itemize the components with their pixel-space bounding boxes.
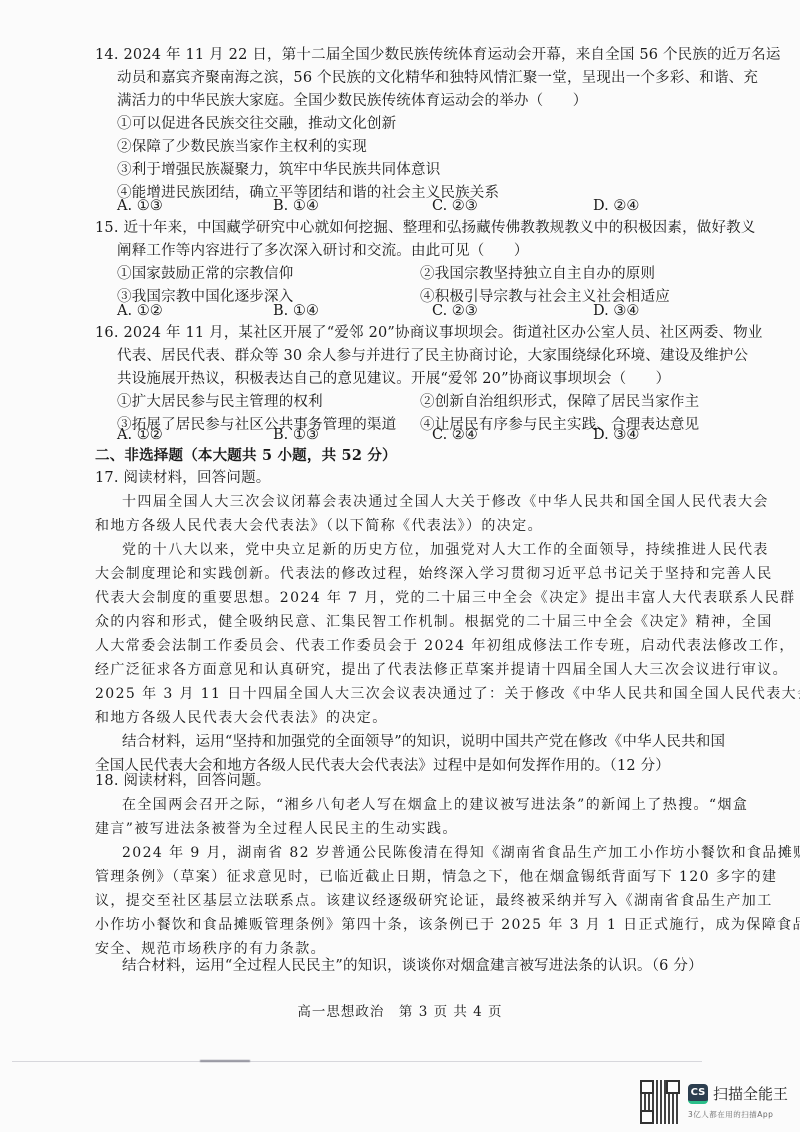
choice-d: D. ③④ [593,424,639,446]
material-paragraph: 大会制度理论和实践创新。代表法的修改过程，始终深入学习贯彻习近平总书记关于坚持和… [95,563,773,585]
material-paragraph: 人大常委会法制工作委员会、代表工作委员会于 2024 年初组成修法工作专班，启动… [95,635,795,657]
material-paragraph: 2024 年 9 月，湖南省 82 岁普通公民陈俊清在得知《湖南省食品生产加工小… [122,842,800,864]
statement-item: ①扩大居民参与民主管理的权利 [117,391,323,413]
choice-b: B. ①③ [273,424,319,446]
choice-c: C. ②③ [432,195,478,217]
question-stem-line: 代表、居民代表、群众等 30 余人参与并进行了民主协商讨论，大家围绕绿化环境、建… [117,345,748,367]
question-stem-line: 15. 近十年来，中国藏学研究中心就如何挖掘、整理和弘扬藏传佛教教规教义中的积极… [95,217,756,239]
question-stem-line: 16. 2024 年 11 月，某社区开展了“爱邻 20”协商议事坝坝会。街道社… [95,322,763,344]
question-stem-line: 动员和嘉宾齐聚南海之滨，56 个民族的文化精华和独特风情汇聚一堂，呈现出一个多彩… [117,67,758,89]
brand-slogan: 3亿人都在用的扫描App [688,1109,773,1120]
material-paragraph: 议，提交至社区基层立法联系点。该建议经逐级研究论证，最终被采纳并写入《湖南省食品… [95,890,773,912]
material-paragraph: 代表大会制度的重要思想。2024 年 7 月，党的二十届三中全会《决定》提出丰富… [95,587,795,609]
material-paragraph: 小作坊小餐饮和食品摊贩管理条例》第四十条，该条例已于 2025 年 3 月 1 … [95,914,800,936]
choice-a: A. ①② [117,424,163,446]
statement-item: ①国家鼓励正常的宗教信仰 [117,263,293,285]
material-paragraph: 在全国两会召开之际，“湘乡八旬老人写在烟盒上的建议被写进法条”的新闻上了热搜。“… [122,794,748,816]
question-stem-line: 14. 2024 年 11 月 22 日，第十二届全国少数民族传统体育运动会开幕… [95,44,781,66]
question-heading: 18. 阅读材料，回答问题。 [95,770,270,792]
camscanner-logo-icon: CS [688,1084,708,1104]
question-stem-line: 共设施展开热议，积极表达自己的意见建议。开展“爱邻 20”协商议事坝坝会（ ） [117,368,670,390]
material-paragraph: 十四届全国人大三次会议闭幕会表决通过全国人大关于修改《中华人民共和国全国人民代表… [122,491,769,513]
brand-name: 扫描全能王 [713,1083,788,1104]
material-paragraph: 和地方各级人民代表大会代表法》（以下简称《代表法》）的决定。 [95,515,543,537]
material-paragraph: 2025 年 3 月 11 日十四届全国人大三次会议表决通过了：关于修改《中华人… [95,683,800,705]
question-stem-line: 满活力的中华民族大家庭。全国少数民族传统体育运动会的举办（ ） [117,90,587,112]
choice-a: A. ①③ [117,195,163,217]
material-paragraph: 和地方各级人民代表大会代表法》的决定。 [95,707,388,729]
material-paragraph: 党的十八大以来，党中央立足新的历史方位，加强党对人大工作的全面领导，持续推进人民… [122,539,769,561]
scan-edge-shadow [200,1060,250,1062]
section-title: 二、非选择题（本大题共 5 小题，共 52 分） [95,445,397,467]
exam-page: 14. 2024 年 11 月 22 日，第十二届全国少数民族传统体育运动会开幕… [0,0,800,1132]
material-paragraph: 经广泛征求各方面意见和认真研究，提出了代表法修正草案并提请十四届全国人大三次会议… [95,659,788,681]
choice-a: A. ①② [117,300,163,322]
question-prompt: 结合材料，运用“全过程人民民主”的知识，谈谈你对烟盒建言被写进法条的认识。（6 … [122,955,703,977]
choice-d: D. ②④ [593,195,639,217]
choice-c: C. ②④ [432,424,478,446]
question-stem-line: 阐释工作等内容进行了多次深入研讨和交流。由此可见（ ） [117,240,529,262]
material-paragraph: 管理条例》（草案）征求意见时，已临近截止日期，情急之下，他在烟盒锡纸背面写下 1… [95,866,777,888]
camscanner-watermark: CS 扫描全能王 3亿人都在用的扫描App [640,1080,790,1124]
page-footer: 高一思想政治 第 3 页 共 4 页 [0,1000,800,1020]
choice-c: C. ②③ [432,300,478,322]
question-heading: 17. 阅读材料，回答问题。 [95,467,270,489]
choice-d: D. ③④ [593,300,639,322]
statement-item: ③利于增强民族凝聚力，筑牢中华民族共同体意识 [117,159,440,181]
scan-edge-divider [12,1061,702,1062]
material-paragraph: 建言”被写进法条被誉为全过程人民民主的生动实践。 [95,818,458,840]
qr-code-icon [640,1080,680,1124]
statement-item: ①可以促进各民族交往交融，推动文化创新 [117,113,396,135]
statement-item: ②我国宗教坚持独立自主自办的原则 [420,263,655,285]
statement-item: ②保障了少数民族当家作主权利的实现 [117,136,367,158]
question-prompt: 结合材料，运用“坚持和加强党的全面领导”的知识，说明中国共产党在修改《中华人民共… [122,731,725,753]
material-paragraph: 众的内容和形式，健全吸纳民意、汇集民智工作机制。根据党的二十届三中全会《决定》精… [95,611,773,633]
choice-b: B. ①④ [273,300,319,322]
statement-item: ②创新自治组织形式，保障了居民当家作主 [420,391,699,413]
choice-b: B. ①④ [273,195,319,217]
